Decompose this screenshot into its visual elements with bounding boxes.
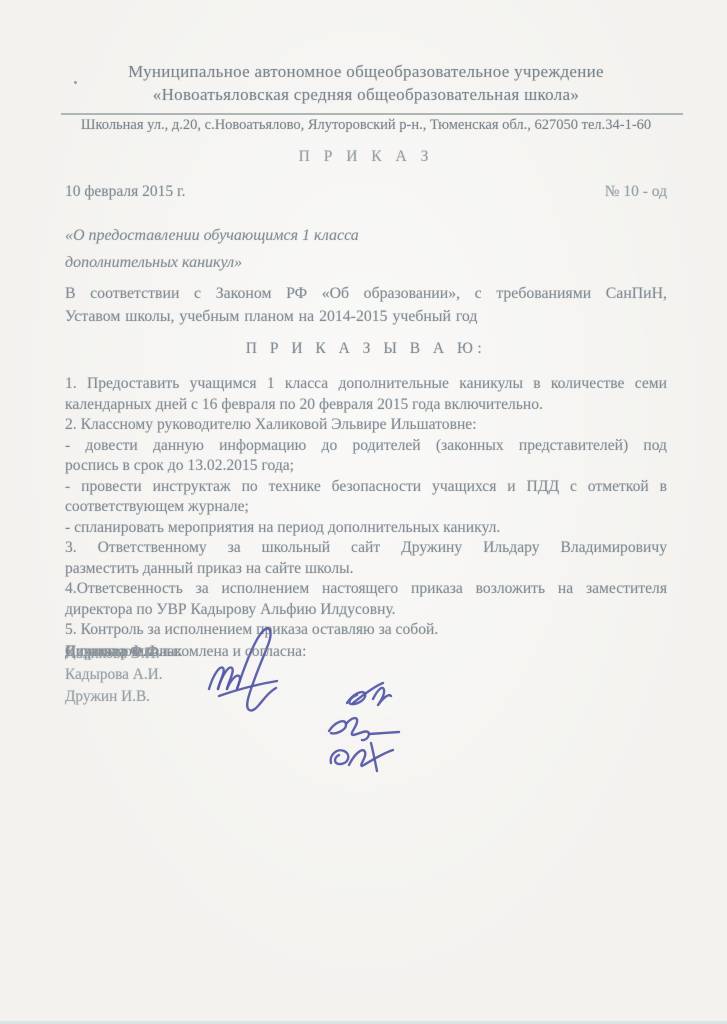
order-date: 10 февраля 2015 г. (65, 182, 185, 202)
scanned-document-page: Муниципальное автономное общеобразовател… (0, 0, 727, 1024)
acknowledged-name: Халикова Э.И. (65, 643, 163, 665)
order-item-line: - провести инструктаж по технике безопас… (65, 477, 667, 498)
order-item-line: - спланировать мероприятия на период доп… (65, 518, 667, 539)
organization-name-line1: Муниципальное автономное общеобразовател… (65, 60, 667, 83)
preamble-line1: В соответствии с Законом РФ «Об образова… (65, 282, 667, 305)
order-item-line: 5. Контроль за исполнением приказа остав… (65, 620, 667, 641)
order-item-line: разместить данный приказ на сайте школы. (65, 559, 667, 580)
acknowledged-names: Халикова Э.И. Кадырова А.И. Дружин И.В. (65, 643, 163, 708)
header-divider (61, 113, 683, 115)
document-content: Муниципальное автономное общеобразовател… (65, 0, 667, 823)
order-subject: «О предоставлении обучающимся 1 класса д… (65, 222, 667, 276)
order-item-line: соответствующем журнале; (65, 497, 667, 518)
organization-name-line2: «Новоатьяловская средняя общеобразовател… (65, 83, 667, 106)
order-item-line: календарных дней с 16 февраля по 20 февр… (65, 395, 667, 416)
decree-word: П Р И К А З Ы В А Ю: (65, 340, 667, 358)
acknowledged-name: Дружин И.В. (65, 686, 163, 708)
order-item-line: 3. Ответственному за школьный сайт Дружи… (65, 538, 667, 559)
date-number-row: 10 февраля 2015 г. № 10 - од (65, 182, 667, 202)
order-item-line: 2. Классному руководителю Халиковой Эльв… (65, 415, 667, 436)
acknowledged-name: Кадырова А.И. (65, 664, 163, 686)
organization-header: Муниципальное автономное общеобразовател… (65, 60, 667, 106)
order-items: 1. Предоставить учащимся 1 класса дополн… (65, 374, 667, 641)
order-item-line: - довести данную информацию до родителей… (65, 436, 667, 457)
order-number: № 10 - од (605, 182, 667, 202)
acknowledgement-signatures-icon (323, 681, 463, 781)
order-subject-line2: дополнительных каникул» (65, 249, 667, 276)
order-item-line: 1. Предоставить учащимся 1 класса дополн… (65, 374, 667, 395)
order-item-line: 4.Ответсвенность за исполнением настояще… (65, 579, 667, 600)
order-subject-line1: «О предоставлении обучающимся 1 класса (65, 222, 667, 249)
organization-address: Школьная ул., д.20, с.Новоатьялово, Ялут… (65, 116, 667, 134)
document-title: П Р И К А З (65, 148, 667, 166)
order-item-line: директора по УВР Кадырову Альфию Илдусов… (65, 600, 667, 621)
signature-block: Директор школы: Исхакова Ф.Ф. С приказом… (65, 643, 667, 823)
order-item-line: роспись в срок до 13.02.2015 года; (65, 456, 667, 477)
preamble-line2: Уставом школы, учебным планом на 2014-20… (65, 305, 667, 328)
order-preamble: В соответствии с Законом РФ «Об образова… (65, 282, 667, 328)
